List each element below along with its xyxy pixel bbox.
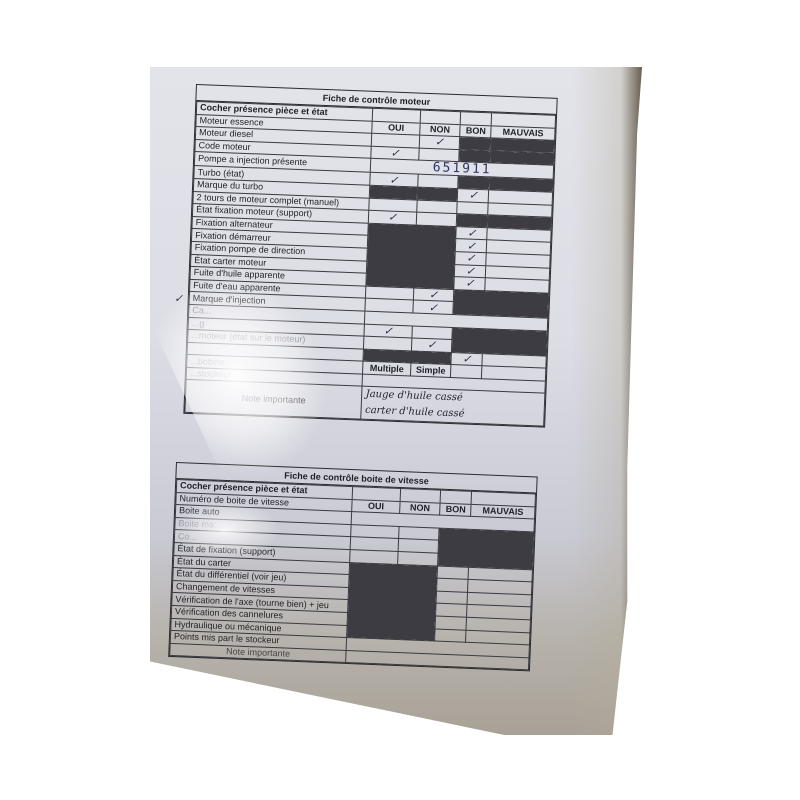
checkmark-icon: ✓ [461,190,485,202]
checkbox-cell[interactable]: ✓ [454,277,485,291]
checkmark-icon: ✓ [460,227,484,239]
checkmark-icon: ✓ [416,301,450,313]
engine-control-form: Fiche de contrôle moteur Cocher présence… [183,84,557,428]
note-field[interactable]: Jauge d'huile cassé carter d'huile cassé [361,387,545,427]
checkbox-cell[interactable]: ✓ [455,252,486,266]
checkbox-cell[interactable] [436,591,467,605]
checkbox-cell[interactable]: ✓ [456,226,487,240]
checkmark-icon: ✓ [458,278,482,290]
checkmark-icon: ✓ [422,136,456,148]
checkbox-cell[interactable]: ✓ [455,264,486,278]
note-label: Note importante [185,380,363,420]
checkbox-cell[interactable] [451,365,482,379]
checkbox-cell[interactable] [435,616,466,630]
gearbox-control-form: Fiche de contrôle boite de vitesse Coche… [168,462,538,672]
checkbox-cell[interactable] [436,603,467,617]
checkmark-icon: ✓ [417,289,451,301]
checkmark-icon: ✓ [372,211,413,224]
checkbox-cell[interactable]: ✓ [456,239,487,253]
checkbox-cell[interactable] [457,201,488,215]
col-bon-header: BON [440,503,471,517]
checkmark-icon: ✓ [459,240,483,252]
engine-checklist-table: Cocher présence pièce et état Moteur ess… [184,101,556,427]
checkmark-icon: ✓ [415,339,449,351]
checkmark-icon: ✓ [455,353,479,365]
checkbox-cell[interactable]: ✓ [458,189,489,203]
checkmark-icon: ✓ [368,325,409,338]
checkmark-icon: ✓ [458,265,482,277]
checkbox-cell[interactable]: ✓ [451,352,482,366]
checkmark-icon: ✓ [459,252,483,264]
checkmark-icon: ✓ [374,174,415,187]
checkmark-icon: ✓ [375,147,416,160]
gearbox-checklist-table: Cocher présence pièce et état Numéro de … [169,479,536,671]
checkbox-cell[interactable] [437,566,468,580]
margin-checkmark: ✓ [174,292,183,305]
checkbox-cell[interactable] [437,578,468,592]
checkbox-cell[interactable] [435,629,466,643]
col-bon-header: BON [460,124,491,138]
